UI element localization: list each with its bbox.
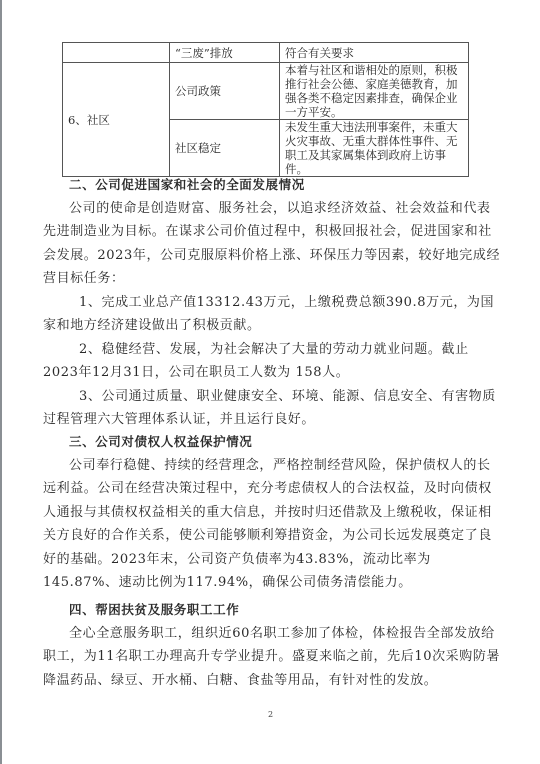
paragraph: 公司的使命是创造财富、服务社会，以追求经济效益、社会效益和代表先进制造业为目标。… [43, 197, 503, 291]
paragraph: 公司奉行稳健、持续的经营理念，严格控制经营风险，保护债权人的长远利益。公司在经营… [43, 454, 503, 595]
section-4: 四、帮困扶贫及服务职工工作 全心全意服务职工，组织近60名职工参加了体检，体检报… [43, 598, 503, 692]
table-cell-detail: 本着与社区和谐相处的原则，积极推行社会公德、家庭美德教育，加强各类不稳定因素排查… [280, 63, 469, 120]
section-2: 二、公司促进国家和社会的全面发展情况 公司的使命是创造财富、服务社会，以追求经济… [43, 173, 503, 432]
section-heading: 三、公司对债权人权益保护情况 [43, 430, 503, 454]
community-table: “三废”排放 符合有关要求 6、社区 公司政策 本着与社区和谐相处的原则，积极推… [62, 42, 469, 177]
table-cell-item: 公司政策 [170, 63, 280, 120]
table-cell-detail: 符合有关要求 [280, 43, 469, 63]
section-3: 三、公司对债权人权益保护情况 公司奉行稳健、持续的经营理念，严格控制经营风险，保… [43, 430, 503, 595]
table-cell-item: “三废”排放 [170, 43, 280, 63]
paragraph: 2、稳健经营、发展，为社会解决了大量的劳动力就业问题。截止2023年12月31日… [43, 338, 503, 385]
section-heading: 二、公司促进国家和社会的全面发展情况 [43, 173, 503, 197]
table-cell-item: 社区稳定 [170, 120, 280, 177]
table-cell-category [63, 43, 170, 63]
table-cell-category: 6、社区 [63, 63, 170, 177]
table-row: 6、社区 公司政策 本着与社区和谐相处的原则，积极推行社会公德、家庭美德教育，加… [63, 63, 469, 120]
paragraph: 3、公司通过质量、职业健康安全、环境、能源、信息安全、有害物质过程管理六大管理体… [43, 385, 503, 432]
section-heading: 四、帮困扶贫及服务职工工作 [43, 598, 503, 622]
page-number: 2 [268, 710, 273, 719]
table-row: “三废”排放 符合有关要求 [63, 43, 469, 63]
table-cell-detail: 未发生重大违法刑事案件，未重大火灾事故、无重大群体性事件、无职工及其家属集体到政… [280, 120, 469, 177]
paragraph: 1、完成工业总产值13312.43万元，上缴税费总额390.8万元，为国家和地方… [43, 291, 503, 338]
paragraph: 全心全意服务职工，组织近60名职工参加了体检，体检报告全部发放给职工，为11名职… [43, 622, 503, 693]
document-page: “三废”排放 符合有关要求 6、社区 公司政策 本着与社区和谐相处的原则，积极推… [0, 0, 540, 764]
